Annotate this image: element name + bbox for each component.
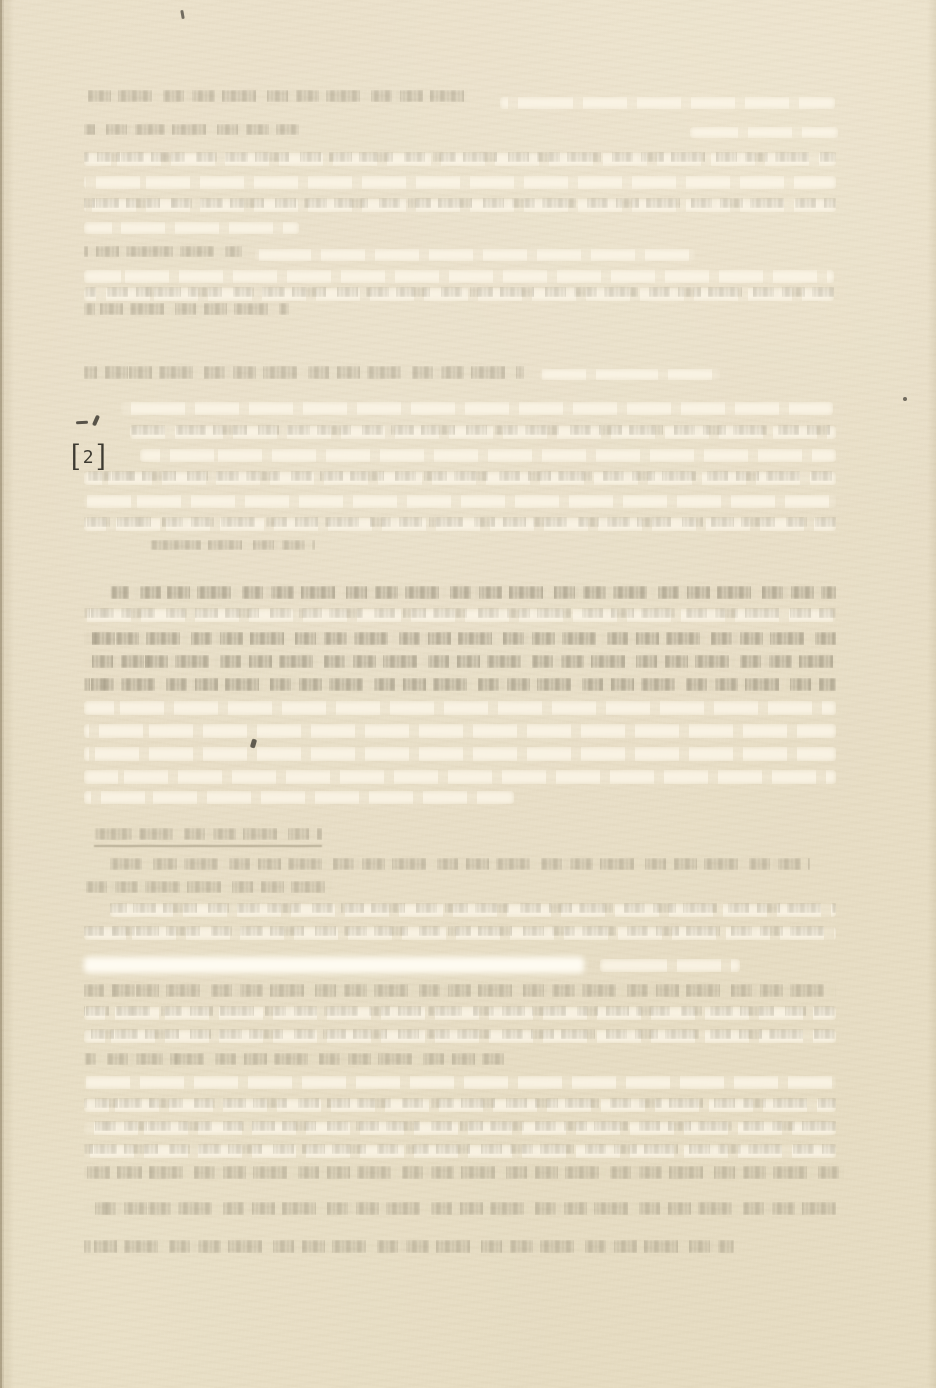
illegible-ghost-line (84, 957, 584, 973)
illegible-text-line (84, 881, 334, 893)
illegible-text-line (84, 246, 242, 257)
illegible-text-line (110, 858, 810, 870)
illegible-ghost-line (84, 495, 836, 508)
margin-reference-number: [ 2 ] (70, 442, 106, 472)
illegible-ghost-line (84, 1076, 836, 1089)
illegible-text-line (84, 303, 289, 315)
ink-speck (76, 421, 88, 425)
illegible-text-line (84, 1240, 734, 1253)
illegible-text-line (130, 425, 836, 435)
illegible-ghost-line (84, 222, 299, 234)
illegible-text-line (88, 90, 468, 102)
illegible-text-line (84, 124, 299, 135)
illegible-ghost-line (84, 701, 836, 715)
illegible-text-line (84, 926, 836, 936)
ink-speck (903, 397, 907, 401)
illegible-text-line (84, 1006, 836, 1016)
illegible-ghost-line (540, 369, 720, 380)
illegible-ghost-line (600, 959, 740, 972)
illegible-text-line (84, 1144, 836, 1154)
illegible-text-line (84, 471, 836, 481)
page-edge-shadow-right (926, 0, 936, 1388)
ink-speck (92, 415, 100, 427)
illegible-text-line (84, 984, 836, 997)
illegible-text-line (84, 198, 836, 208)
illegible-text-line (84, 287, 834, 297)
scanned-page: [ 2 ] (0, 0, 936, 1388)
illegible-text-line (84, 632, 836, 645)
illegible-text-line (84, 1166, 844, 1179)
margin-note-digit: 2 (82, 449, 95, 467)
illegible-text-line (84, 1053, 504, 1065)
illegible-text-line (110, 903, 836, 913)
margin-note-open-bracket: [ (71, 442, 81, 472)
illegible-text-line (84, 517, 836, 527)
illegible-ghost-line (500, 97, 835, 109)
illegible-text-line (94, 828, 322, 840)
illegible-text-line (84, 1029, 836, 1039)
ink-speck (180, 10, 185, 19)
illegible-text-line (84, 655, 836, 668)
illegible-text-line (84, 608, 836, 618)
illegible-ghost-line (84, 270, 834, 283)
illegible-ghost-line (84, 770, 836, 784)
margin-note-close-bracket: ] (95, 442, 105, 472)
illegible-text-line (84, 1098, 836, 1108)
illegible-text-line (110, 586, 836, 599)
illegible-ghost-line (84, 791, 514, 804)
illegible-ghost-line (121, 402, 833, 415)
illegible-text-line (84, 1202, 836, 1215)
illegible-text-line (84, 678, 836, 691)
illegible-ghost-line (84, 176, 836, 189)
illegible-ghost-line (690, 127, 838, 138)
page-edge-shadow-left (0, 0, 14, 1388)
illegible-ghost-line (255, 249, 695, 261)
illegible-text-line (84, 152, 836, 162)
illegible-ghost-line (140, 449, 836, 462)
illegible-text-line (84, 366, 524, 379)
illegible-text-line (150, 540, 315, 550)
illegible-text-line (84, 1121, 836, 1131)
heading-underline (94, 845, 322, 847)
illegible-ghost-line (84, 724, 836, 738)
illegible-ghost-line (84, 747, 836, 761)
